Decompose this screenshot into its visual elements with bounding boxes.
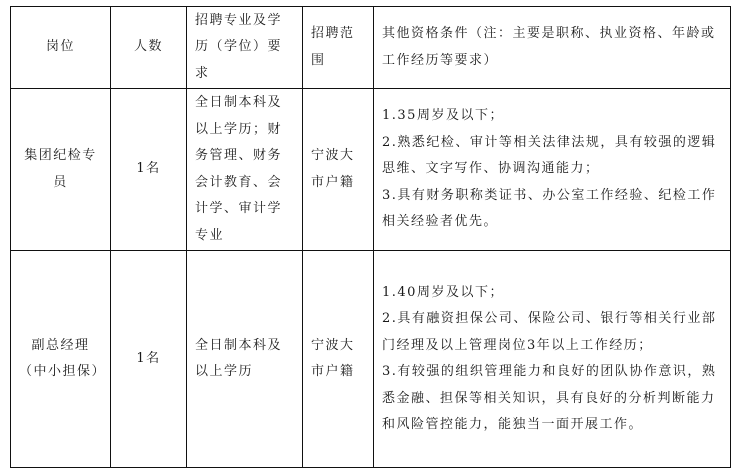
position-cell: 集团纪检专员 <box>11 89 111 251</box>
position-cell: 副总经理（中小担保） <box>11 251 111 468</box>
count-cell: 1名 <box>111 251 187 468</box>
table-row: 集团纪检专员 1名 全日制本科及以上学历；财务管理、财务会计教育、会计学、审计学… <box>11 89 731 251</box>
education-cell: 全日制本科及以上学历 <box>187 251 303 468</box>
requirement-item: 1.40周岁及以下； <box>382 280 722 307</box>
requirements-cell: 1.40周岁及以下； 2.具有融资担保公司、保险公司、银行等相关行业部门经理及以… <box>374 251 731 468</box>
requirement-item: 2.熟悉纪检、审计等相关法律法规，具有较强的逻辑思维、文字写作、协调沟通能力； <box>382 130 722 183</box>
header-count: 人数 <box>111 7 187 89</box>
count-cell: 1名 <box>111 89 187 251</box>
requirement-item: 3.有较强的组织管理能力和良好的团队协作意识，熟悉金融、担保等相关知识，具有良好… <box>382 359 722 439</box>
header-education: 招聘专业及学历（学位）要求 <box>187 7 303 89</box>
header-scope: 招聘范围 <box>303 7 374 89</box>
header-position: 岗位 <box>11 7 111 89</box>
scope-cell: 宁波大市户籍 <box>303 89 374 251</box>
requirement-item: 1.35周岁及以下； <box>382 103 722 130</box>
recruitment-table: 岗位 人数 招聘专业及学历（学位）要求 招聘范围 其他资格条件（注：主要是职称、… <box>10 6 731 468</box>
education-cell: 全日制本科及以上学历；财务管理、财务会计教育、会计学、审计学专业 <box>187 89 303 251</box>
requirement-item: 2.具有融资担保公司、保险公司、银行等相关行业部门经理及以上管理岗位3年以上工作… <box>382 306 722 359</box>
requirements-cell: 1.35周岁及以下； 2.熟悉纪检、审计等相关法律法规，具有较强的逻辑思维、文字… <box>374 89 731 251</box>
header-requirements: 其他资格条件（注：主要是职称、执业资格、年龄或工作经历等要求） <box>374 7 731 89</box>
scope-cell: 宁波大市户籍 <box>303 251 374 468</box>
table-row: 副总经理（中小担保） 1名 全日制本科及以上学历 宁波大市户籍 1.40周岁及以… <box>11 251 731 468</box>
requirement-item: 3.具有财务职称类证书、办公室工作经验、纪检工作相关经验者优先。 <box>382 183 722 236</box>
header-row: 岗位 人数 招聘专业及学历（学位）要求 招聘范围 其他资格条件（注：主要是职称、… <box>11 7 731 89</box>
